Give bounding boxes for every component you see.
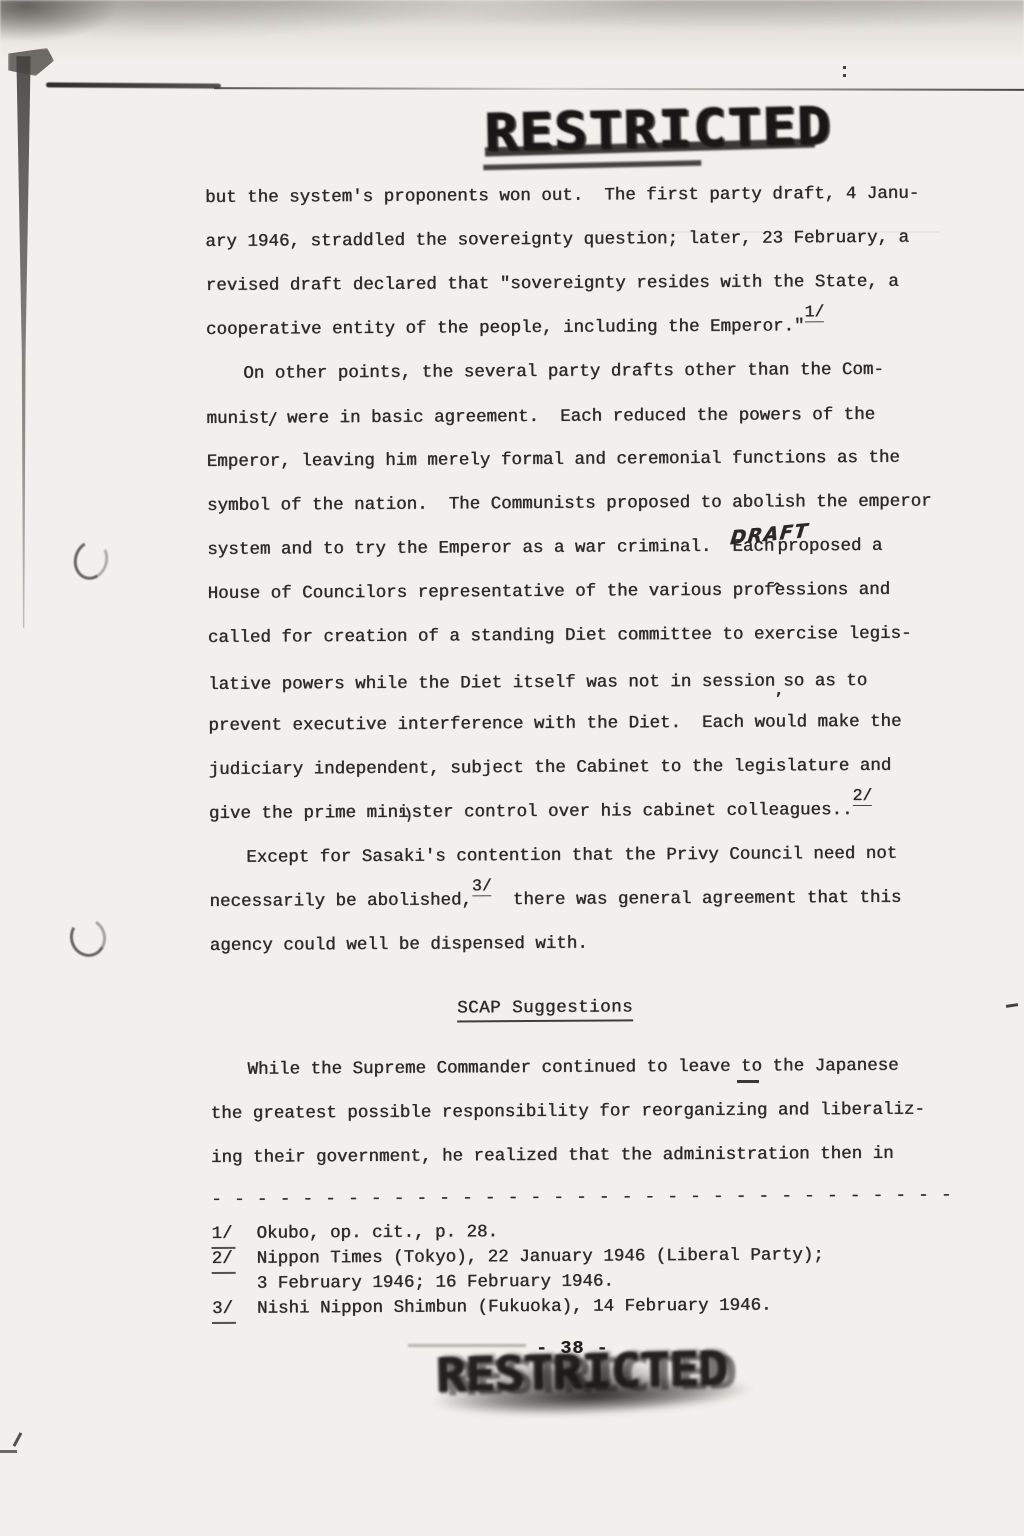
scan-left-edge-mark <box>15 56 32 628</box>
text-line: give the prime mini')ster control over h… <box>209 787 1009 836</box>
scanned-document-page: RESTRICTED but the system's proponents w… <box>0 0 1024 1536</box>
text-line: ary 1946, straddled the sovereignty ques… <box>205 215 1005 264</box>
footnote-reference: 2/ <box>852 787 872 806</box>
margin-circle-mark <box>69 536 113 584</box>
ink-speck <box>0 1450 17 1453</box>
text-line: lative powers while the Diet itself was … <box>208 655 1008 704</box>
ink-speck <box>843 66 846 69</box>
handwritten-mark: / <box>267 397 280 442</box>
text-line: On other points, the several party draft… <box>206 347 1006 396</box>
handwritten-mark-text: ') <box>396 792 415 837</box>
footnote-text: Okubo, op. cit., p. 28. <box>256 1222 498 1243</box>
text-line: symbol of the nation. The Communists pro… <box>207 479 1007 528</box>
footnote-text: Nishi Nippon Shimbun (Fukuoka), 14 Febru… <box>257 1296 772 1319</box>
insertion-caret: ^ <box>770 566 783 610</box>
footnote-reference: 3/ <box>472 877 492 896</box>
text-line: agency could well be dispensed with. <box>210 919 1010 968</box>
footnote-number: 3/ <box>212 1297 236 1324</box>
stamp-ink-smear <box>464 1357 675 1394</box>
footnote-number: 2/ <box>212 1247 236 1274</box>
handwritten-insert-word: DRAFT <box>728 509 811 561</box>
handwritten-comma: , <box>775 665 783 709</box>
ink-speck <box>13 1432 23 1447</box>
text-line: called for creation of a standing Diet c… <box>208 611 1008 660</box>
footnote-number: 1/ <box>211 1222 235 1249</box>
footnote: 3/Nishi Nippon Shimbun (Fukuoka), 14 Feb… <box>212 1292 1012 1322</box>
section-heading: SCAP Suggestions <box>210 983 1010 1032</box>
typed-text-block: but the system's proponents won out. The… <box>205 171 1012 1322</box>
text-line: House of Councilors representative of th… <box>207 567 1007 616</box>
top-horizontal-rule-thick <box>46 82 221 88</box>
text-line: cooperative entity of the people, includ… <box>206 303 1006 352</box>
restricted-stamp-bottom: RESTRICTED <box>436 1341 728 1403</box>
text-line: While the Supreme Commander continued to… <box>210 1043 1010 1092</box>
footnote-text: Nippon Times (Tokyo), 22 January 1946 (L… <box>257 1245 824 1268</box>
document-lines: but the system's proponents won out. The… <box>205 171 1011 1220</box>
section-heading-text: SCAP Suggestions <box>457 997 633 1022</box>
top-horizontal-rule-thin <box>214 87 1024 91</box>
text-line: but the system's proponents won out. The… <box>205 171 1005 220</box>
text-line: system and to try the Emperor as a war c… <box>207 523 1007 572</box>
text-line: munist/ were in basic agreement. Each re… <box>206 391 1006 440</box>
scan-shadow-band <box>0 0 1024 62</box>
text-line: prevent executive interference with the … <box>208 699 1008 748</box>
footnotes: 1/Okubo, op. cit., p. 28.2/Nippon Times … <box>211 1217 1012 1322</box>
text-line: ing their government, he realized that t… <box>211 1131 1011 1180</box>
text-line: judiciary independent, subject the Cabin… <box>208 743 1008 792</box>
text-line: necessarily be abolished,3/ there was ge… <box>209 875 1009 924</box>
text-line: the greatest possible responsibility for… <box>211 1087 1011 1136</box>
restricted-stamp-top: RESTRICTED <box>484 97 832 164</box>
text-line: Emperor, leaving him merely formal and c… <box>207 435 1007 484</box>
footnote-separator: - - - - - - - - - - - - - - - - - - - - … <box>211 1175 1011 1220</box>
footnote-text: 3 February 1946; 16 February 1946. <box>257 1272 614 1294</box>
text-line: Except for Sasaki's contention that the … <box>209 831 1009 880</box>
margin-circle-mark <box>66 914 110 961</box>
text-line: revised draft declared that "sovereignty… <box>206 259 1006 308</box>
footnote-reference: 1/ <box>804 303 824 322</box>
